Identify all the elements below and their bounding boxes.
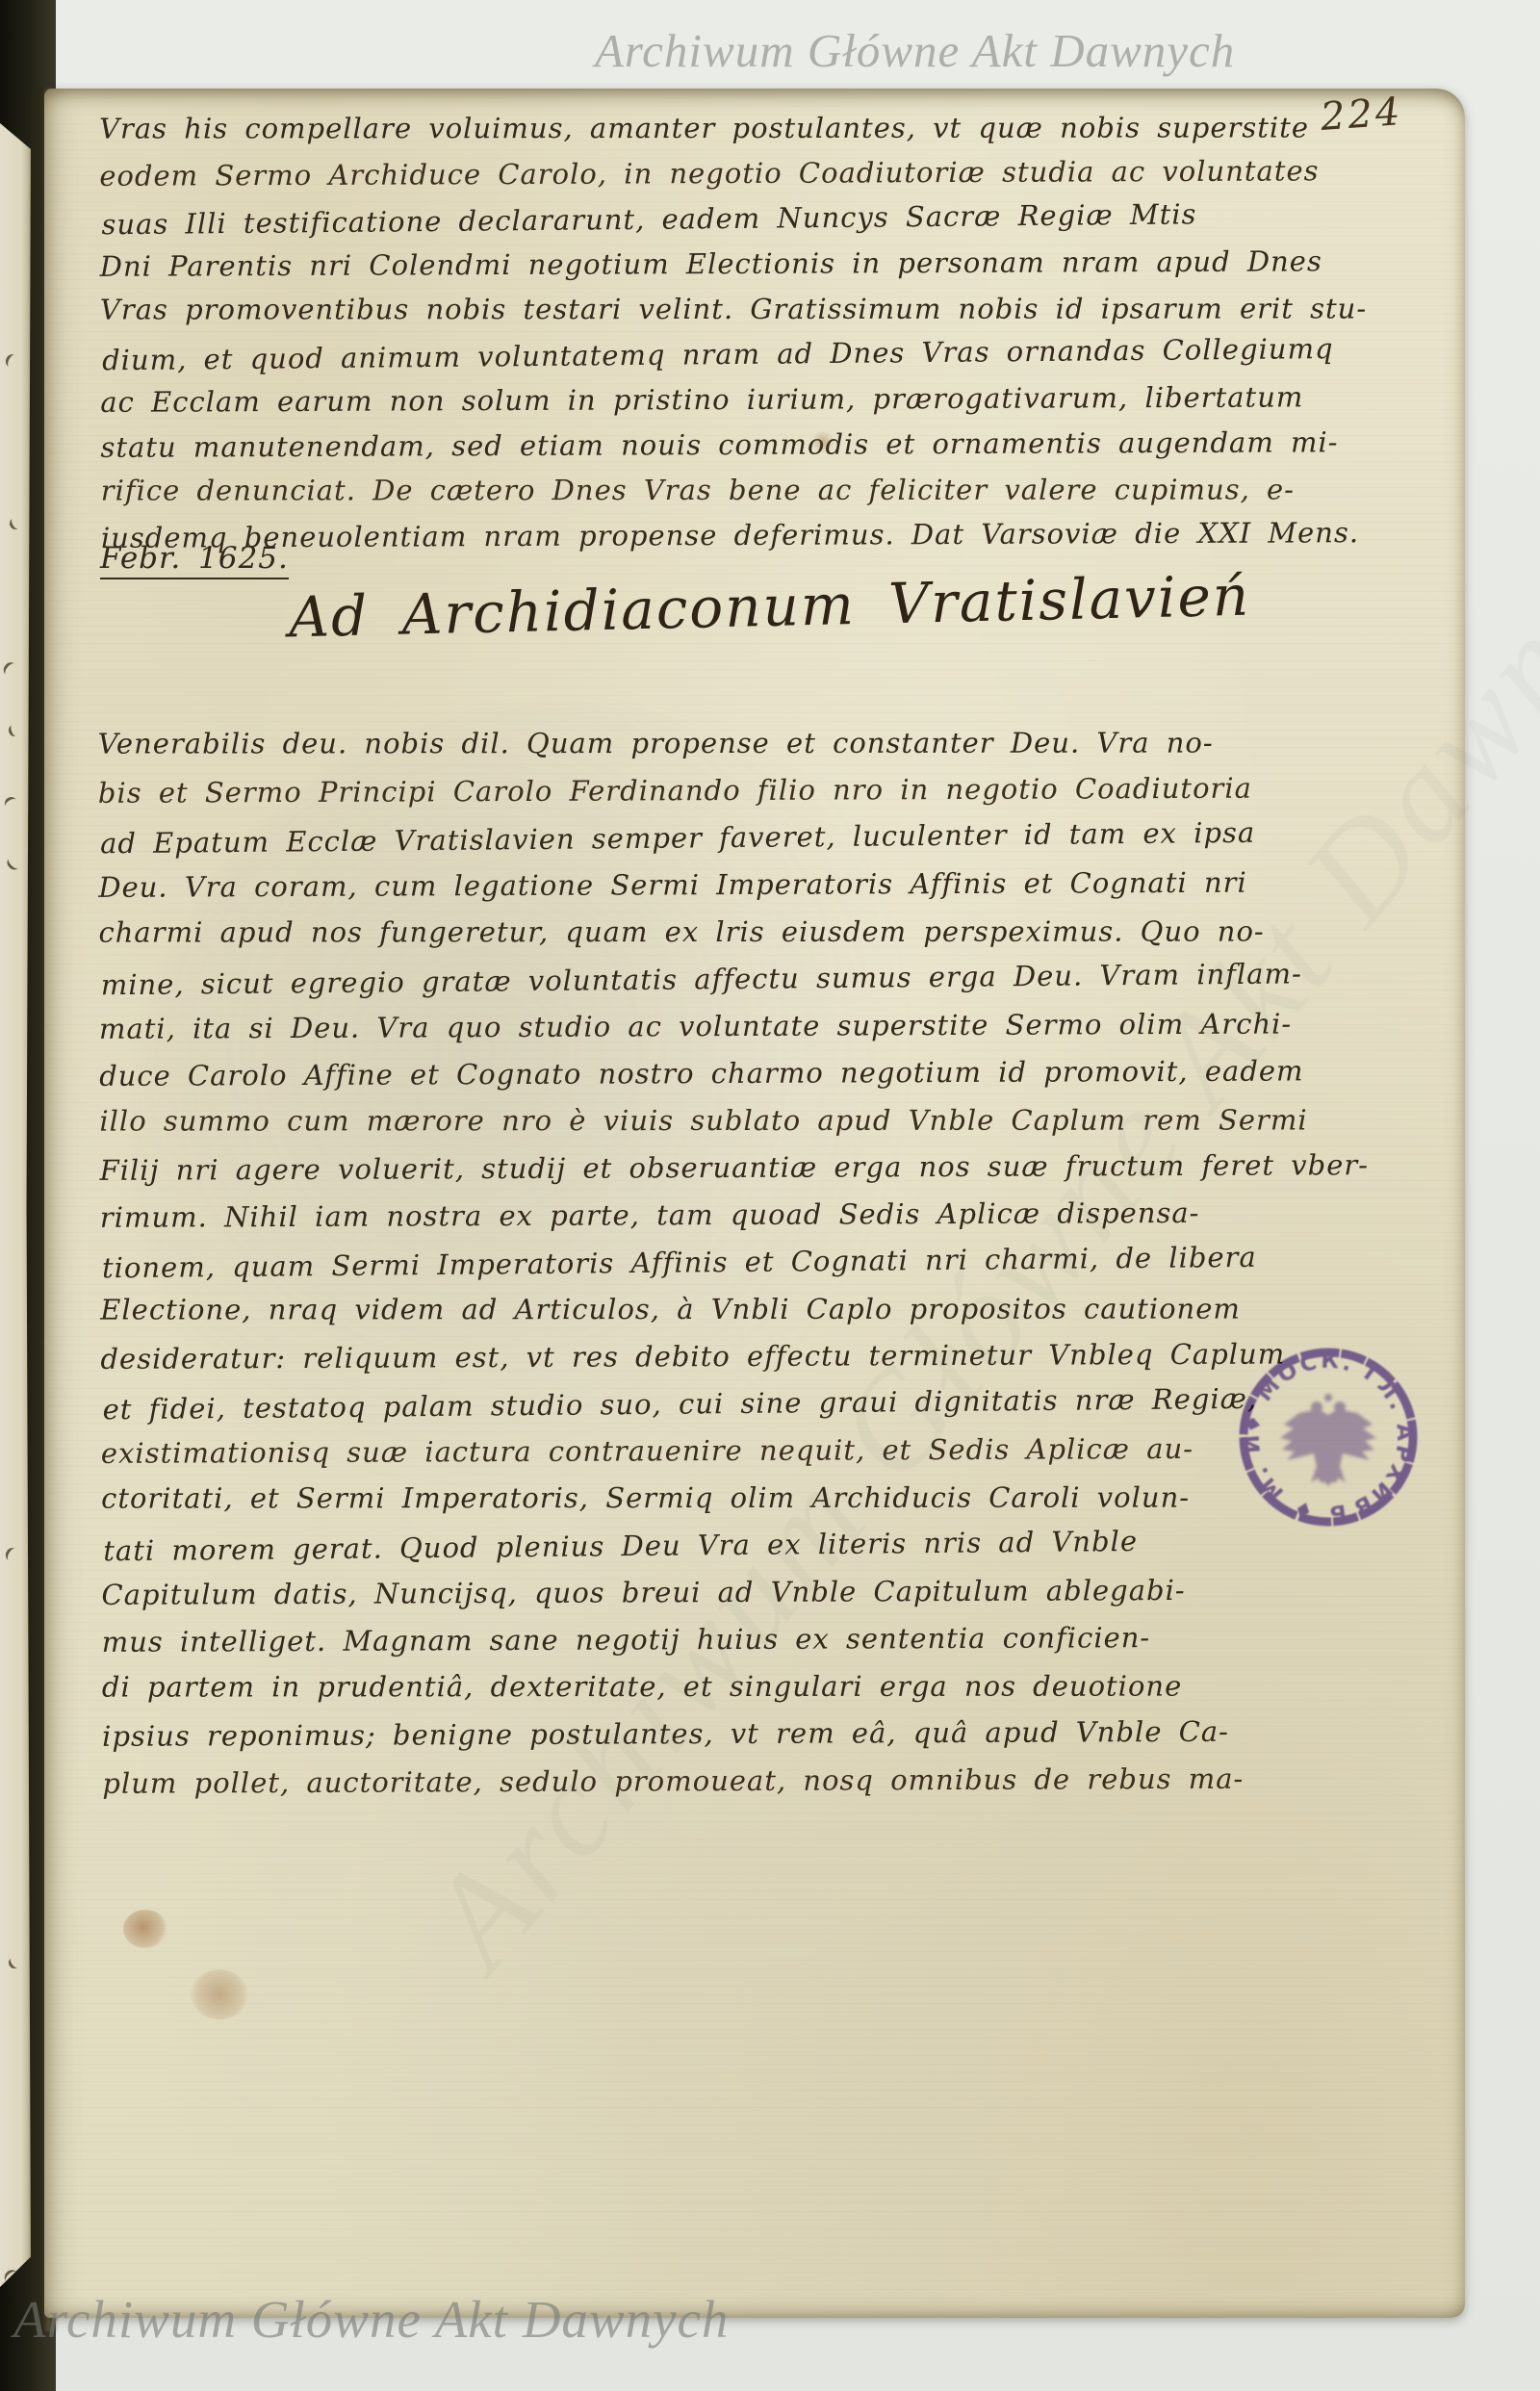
paper-stain	[810, 431, 835, 452]
manuscript-line: Electione, nraq videm ad Articulos, à Vn…	[100, 1285, 1369, 1333]
date-line: Febr. 1625.	[100, 541, 289, 579]
ink-fragment	[7, 1955, 23, 1971]
letter-body-1: Vras his compellare voluimus, amanter po…	[99, 103, 1368, 561]
manuscript-line: tionem, quam Sermi Imperatoris Affinis e…	[102, 1233, 1372, 1293]
manuscript-line: charmi apud nos fungeretur, quam ex lris…	[98, 908, 1367, 956]
manuscript-line: existimationisq suæ iactura contrauenire…	[101, 1425, 1371, 1478]
stamp-eagle-emblem	[1280, 1394, 1376, 1486]
manuscript-line: Venerabilis deu. nobis dil. Quam propens…	[98, 719, 1367, 767]
top-watermark: Archiwum Główne Akt Dawnych	[595, 23, 1235, 78]
manuscript-line: plum pollet, auctoritate, sedulo promoue…	[102, 1755, 1372, 1808]
date-line-wrap: Febr. 1625.	[100, 541, 289, 576]
archive-stamp: ♦ МОСК. ГЛ. АРХИВЪ ♦ М. И. Д.	[1228, 1334, 1428, 1540]
paper-stain	[191, 1969, 248, 2019]
manuscript-line: statu manutenendam, sed etiam nouis comm…	[100, 420, 1367, 471]
manuscript-line: Dni Parentis nri Colendmi negotium Elect…	[100, 239, 1367, 290]
manuscript-line: ac Ecclam earum non solum in pristino iu…	[100, 374, 1367, 425]
ink-fragment	[3, 1546, 20, 1564]
ink-fragment	[5, 855, 22, 872]
manuscript-line: Vras promoventibus nobis testari velint.…	[100, 286, 1367, 332]
manuscript-line: rifice denunciat. De cætero Dnes Vras be…	[101, 467, 1368, 513]
paper-stain	[123, 1910, 167, 1948]
ink-fragment	[1, 659, 20, 679]
manuscript-line: Deu. Vra coram, cum legatione Sermi Impe…	[98, 859, 1368, 912]
manuscript-line: iusdemq beneuolentiam nram propense defe…	[101, 510, 1368, 561]
ink-fragment	[3, 795, 20, 812]
ink-fragment	[7, 723, 20, 737]
manuscript-line: Vras his compellare voluimus, amanter po…	[99, 105, 1366, 151]
bottom-watermark: Archiwum Główne Akt Dawnych	[13, 2289, 729, 2350]
previous-page-edge	[0, 123, 31, 2287]
ink-fragment	[4, 352, 21, 370]
ink-fragment	[8, 516, 23, 531]
